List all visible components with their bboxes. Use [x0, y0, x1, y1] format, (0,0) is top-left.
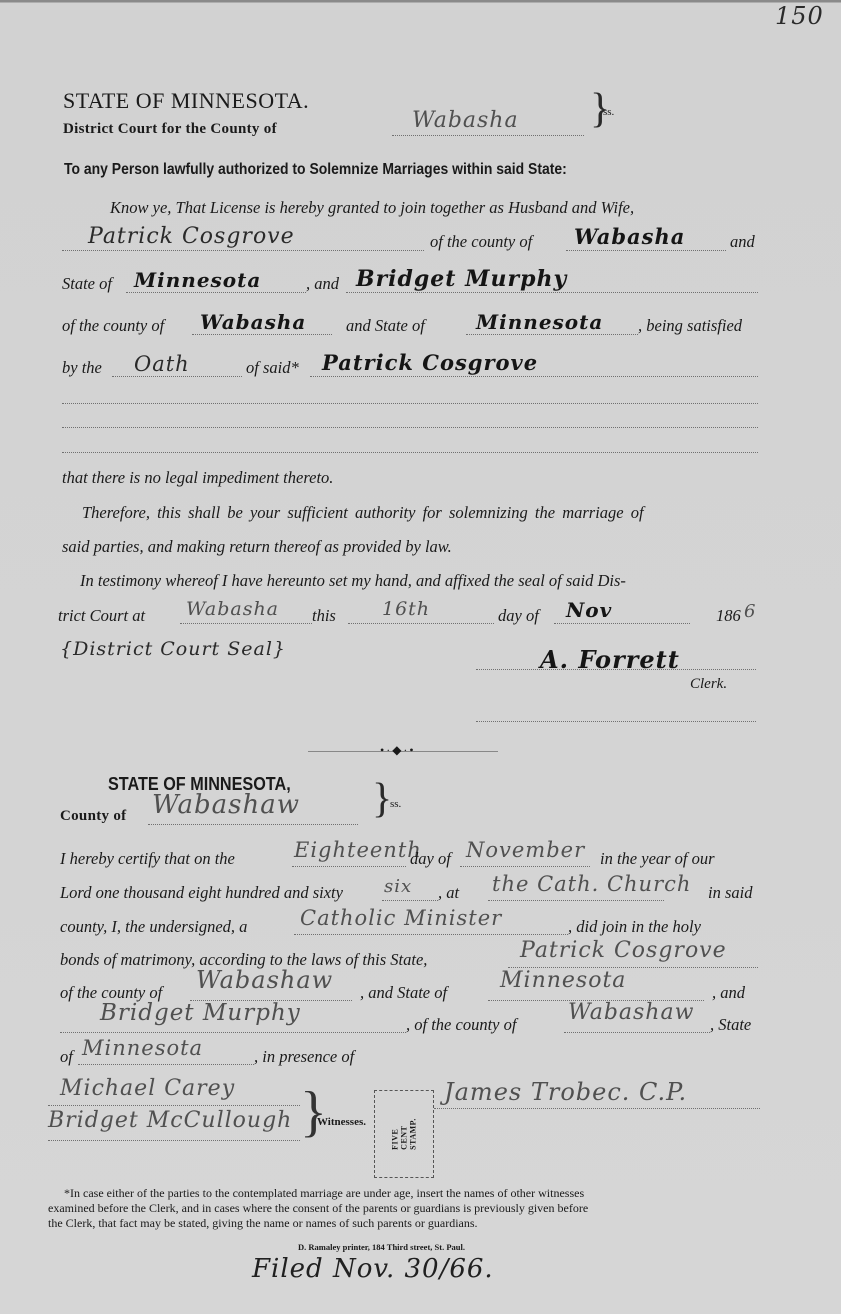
by-the-label: by the [62, 358, 102, 378]
oath-person-line [310, 376, 758, 377]
cert-line3-b: , did join in the holy [568, 917, 701, 937]
clerk-label: Clerk. [690, 676, 727, 693]
court-county: Wabasha [412, 108, 519, 133]
court-at-line [180, 623, 312, 624]
testimony-line-1: In testimony whereof I have hereunto set… [80, 571, 626, 591]
bride-name-line [346, 292, 758, 293]
ss-label: ss. [603, 106, 614, 118]
cert-line7-a: of [60, 1047, 73, 1067]
groom-name: Patrick Cosgrove [88, 224, 295, 249]
cert-line2-c: in said [708, 883, 752, 903]
cert-bride-county-line [564, 1032, 710, 1033]
witnesses-label: Witnesses. [317, 1116, 366, 1128]
groom-name-line [62, 250, 424, 251]
cert-line5-b: , and State of [360, 983, 447, 1003]
cert-groom-county: Wabashaw [196, 966, 333, 994]
cert-bride-state: Minnesota [82, 1036, 203, 1060]
know-ye-text: Know ye, That License is hereby granted … [110, 198, 634, 218]
bride-state: Minnesota [476, 310, 603, 334]
officiant-signature-line [434, 1108, 760, 1109]
footnote-line-2: examined before the Clerk, and in cases … [48, 1201, 588, 1216]
court-at-place: Wabasha [186, 598, 279, 620]
certificate-county: Wabashaw [152, 790, 300, 820]
month: Nov [566, 598, 612, 622]
being-satisfied-label: , being satisfied [638, 316, 742, 336]
month-line [554, 623, 690, 624]
deputy-line [476, 721, 756, 722]
cert-place: the Cath. Church [492, 872, 691, 896]
groom-state-line [126, 292, 306, 293]
day-of-label: day of [498, 606, 539, 626]
cert-line3-a: county, I, the undersigned, a [60, 917, 247, 937]
groom-county-line [566, 250, 726, 251]
cert-day: Eighteenth [294, 838, 422, 862]
cert-officiant-title-line [294, 934, 568, 935]
divider-ornament-icon: •·◆·• [380, 743, 416, 758]
oath-person: Patrick Cosgrove [322, 350, 538, 375]
cert-month-line [460, 866, 590, 867]
therefore-line-1: Therefore, this shall be your sufficient… [82, 503, 644, 523]
cert-line1-b: day of [410, 849, 451, 869]
officiant-signature: James Trobec. C.P. [444, 1078, 687, 1106]
of-county-label-2: of the county of [62, 316, 164, 336]
of-said-label: of said* [246, 358, 299, 378]
cert-officiant-title: Catholic Minister [300, 906, 502, 930]
groom-county: Wabasha [574, 224, 685, 249]
cert-month: November [466, 838, 585, 862]
cert-place-line [488, 900, 664, 901]
cert-line2-a: Lord one thousand eight hundred and sixt… [60, 883, 343, 903]
groom-state: Minnesota [134, 268, 261, 292]
cert-bride-line [60, 1032, 406, 1033]
cert-groom-name: Patrick Cosgrove [520, 938, 727, 963]
bride-state-line [466, 334, 638, 335]
cert-day-line [292, 866, 406, 867]
clerk-signature-line [476, 669, 756, 670]
and-label: and [730, 232, 755, 252]
cert-bride-state-line [78, 1064, 254, 1065]
license-state-title: STATE OF MINNESOTA. [63, 88, 309, 114]
certificate-county-line [148, 824, 358, 825]
trict-court-at-label: trict Court at [58, 606, 145, 626]
printer-imprint: D. Ramaley printer, 184 Third street, St… [298, 1242, 465, 1252]
cert-bride-name: Bridget Murphy [100, 1000, 301, 1026]
court-line-label: District Court for the County of [63, 121, 277, 138]
state-of-label: State of [62, 274, 112, 294]
witness-2-line [48, 1140, 300, 1141]
bride-name: Bridget Murphy [356, 266, 567, 292]
certificate-ss-label: ss. [390, 798, 401, 810]
cert-line6-b: , of the county of [406, 1015, 516, 1035]
day-number: 16th [382, 598, 430, 620]
cert-line1-c: in the year of our [600, 849, 715, 869]
blank-line-1 [62, 403, 758, 404]
court-county-line [392, 135, 584, 136]
court-seal-note: {District Court Seal} [60, 638, 286, 660]
footnote-line-3: the Clerk, that fact may be stated, givi… [48, 1216, 478, 1231]
cert-line2-b: , at [438, 883, 459, 903]
blank-line-3 [62, 452, 758, 453]
day-line [348, 623, 494, 624]
cert-line6-c: , State [710, 1015, 751, 1035]
oath-line [112, 376, 242, 377]
witnesses-bracket: } [300, 1084, 327, 1140]
year-prefix: 186 [716, 606, 741, 626]
witness-1-line [48, 1105, 300, 1106]
marriage-record-page: 150 STATE OF MINNESOTA. District Court f… [0, 0, 841, 1314]
and-comma-label: , and [306, 274, 339, 294]
cert-line7-b: , in presence of [254, 1047, 354, 1067]
witness-1: Michael Carey [60, 1076, 235, 1101]
cert-line1-a: I hereby certify that on the [60, 849, 235, 869]
filed-note: Filed Nov. 30/66. [252, 1254, 494, 1284]
certificate-county-label: County of [60, 808, 126, 825]
no-impediment-text: that there is no legal impediment theret… [62, 468, 333, 488]
footnote-line-1: *In case either of the parties to the co… [64, 1186, 584, 1201]
cert-bride-county: Wabashaw [568, 1000, 694, 1025]
cert-year-word: six [384, 876, 412, 897]
this-label: this [312, 606, 336, 626]
blank-line-2 [62, 427, 758, 428]
cert-groom-state: Minnesota [500, 968, 626, 993]
bride-county: Wabasha [200, 310, 306, 334]
cert-line5-c: , and [712, 983, 745, 1003]
bride-county-line [192, 334, 332, 335]
page-number: 150 [775, 2, 824, 30]
five-cent-stamp-box: FIVE CENT STAMP. [374, 1090, 434, 1178]
year-suffix: 6 [744, 601, 756, 622]
address-line: To any Person lawfully authorized to Sol… [64, 161, 567, 179]
therefore-line-2: said parties, and making return thereof … [62, 537, 452, 557]
cert-year-line [382, 900, 438, 901]
of-county-label: of the county of [430, 232, 532, 252]
and-state-of-label: and State of [346, 316, 425, 336]
stamp-label: FIVE CENT STAMP. [391, 1118, 418, 1150]
witness-2: Bridget McCullough [48, 1108, 292, 1133]
oath-word: Oath [134, 352, 190, 376]
